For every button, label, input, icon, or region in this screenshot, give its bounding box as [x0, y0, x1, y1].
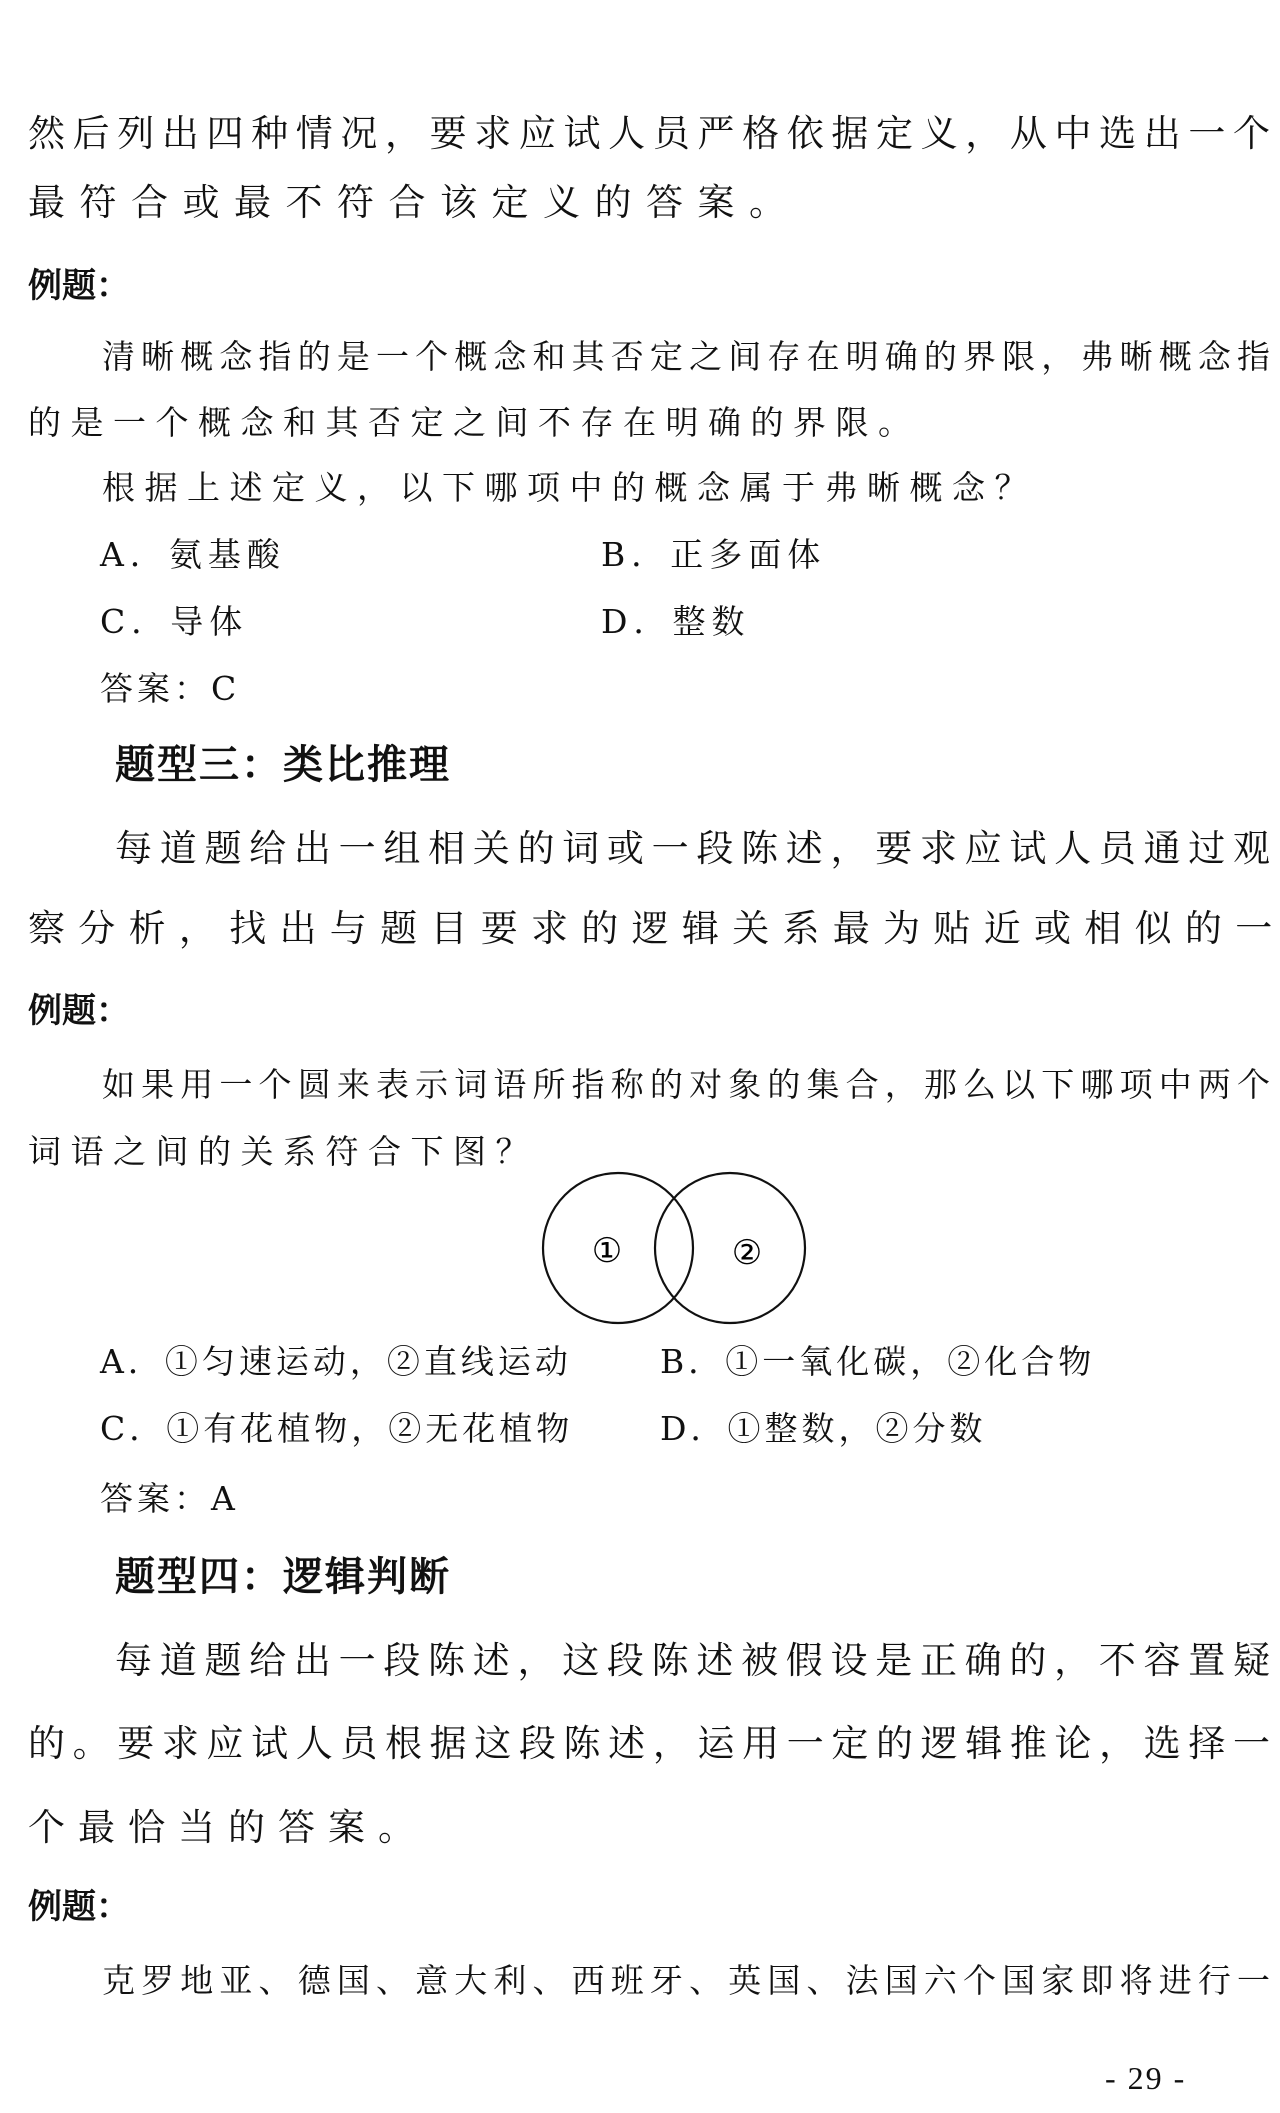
- answer-text: 答案：A: [100, 1482, 239, 1515]
- question-text: 根据上述定义，以下哪项中的概念属于弗晰概念？: [102, 471, 1037, 504]
- example-label: 例题：: [28, 1890, 130, 1924]
- option-text: ①整数，②分数: [727, 1409, 986, 1448]
- option-key: C．: [100, 1409, 166, 1448]
- paragraph-line: 词语之间的关系符合下图？: [28, 1135, 538, 1168]
- option-text: ①一氧化碳，②化合物: [725, 1342, 1095, 1381]
- option-text: ①有花植物，②无花植物: [166, 1409, 573, 1448]
- venn-label-1: ①: [592, 1231, 622, 1271]
- option-key: B．: [660, 1342, 725, 1381]
- option-text: 氨基酸: [169, 535, 286, 574]
- option-b: B．正多面体: [601, 538, 826, 571]
- paragraph-line: 然后列出四种情况，要求应试人员严格依据定义，从中选出一个: [28, 115, 1278, 152]
- paragraph-line: 的。要求应试人员根据这段陈述，运用一定的逻辑推论，选择一: [28, 1725, 1278, 1762]
- example-label: 例题：: [28, 994, 130, 1028]
- paragraph-line: 个最恰当的答案。: [28, 1809, 428, 1846]
- option-text: ①匀速运动，②直线运动: [165, 1342, 572, 1381]
- option-text: 正多面体: [670, 535, 826, 574]
- venn-label-2: ②: [732, 1233, 762, 1273]
- page-number: - 29 -: [1105, 2062, 1186, 2094]
- venn-circle-2: [655, 1173, 805, 1323]
- option-key: A．: [100, 1342, 165, 1381]
- option-c: C．导体: [100, 605, 248, 638]
- paragraph-line: 如果用一个圆来表示词语所指称的对象的集合，那么以下哪项中两个: [102, 1068, 1276, 1101]
- option-key: D．: [601, 602, 672, 641]
- paragraph-line: 的是一个概念和其否定之间不存在明确的界限。: [28, 406, 921, 439]
- option-key: C．: [100, 602, 170, 641]
- option-b: B．①一氧化碳，②化合物: [660, 1345, 1095, 1378]
- example-label: 例题：: [28, 269, 130, 303]
- paragraph-line: 克罗地亚、德国、意大利、西班牙、英国、法国六个国家即将进行一: [102, 1964, 1276, 1997]
- option-a: A．氨基酸: [100, 538, 286, 571]
- option-key: B．: [601, 535, 670, 574]
- option-text: 导体: [170, 602, 248, 641]
- section-heading: 题型三：类比推理: [115, 745, 451, 785]
- option-c: C．①有花植物，②无花植物: [100, 1412, 573, 1445]
- option-a: A．①匀速运动，②直线运动: [100, 1345, 572, 1378]
- paragraph-line: 每道题给出一段陈述，这段陈述被假设是正确的，不容置疑: [115, 1642, 1278, 1679]
- option-key: A．: [100, 535, 169, 574]
- paragraph-line: 最符合或最不符合该定义的答案。: [28, 184, 801, 221]
- answer-text: 答案：C: [100, 672, 240, 705]
- option-text: 整数: [672, 602, 750, 641]
- section-heading: 题型四：逻辑判断: [115, 1557, 451, 1597]
- option-d: D．①整数，②分数: [660, 1412, 986, 1445]
- paragraph-line: 每道题给出一组相关的词或一段陈述，要求应试人员通过观: [115, 830, 1278, 867]
- paragraph-line: 清晰概念指的是一个概念和其否定之间存在明确的界限，弗晰概念指: [102, 340, 1276, 373]
- option-d: D．整数: [601, 605, 750, 638]
- venn-diagram: ① ②: [530, 1165, 820, 1335]
- option-key: D．: [660, 1409, 727, 1448]
- paragraph-line: 察分析，找出与题目要求的逻辑关系最为贴近或相似的一项。: [28, 910, 1280, 947]
